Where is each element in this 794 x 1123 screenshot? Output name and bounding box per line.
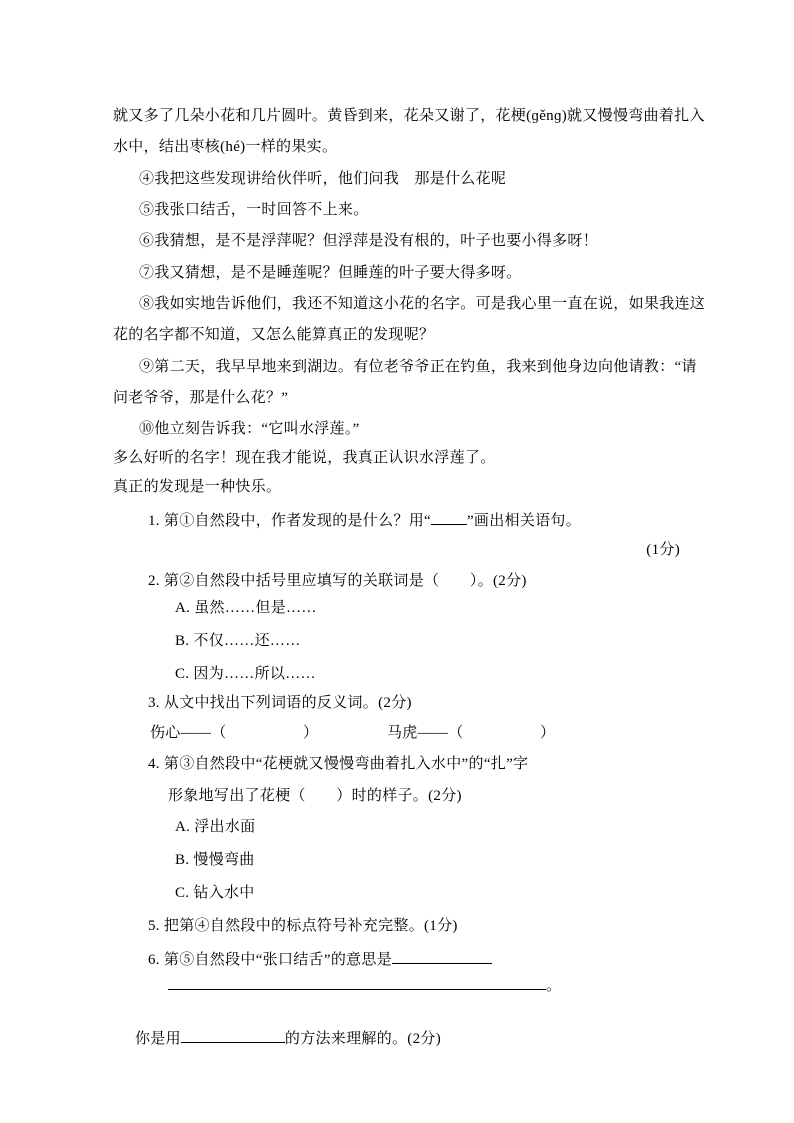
- question-6-line3-text-suffix: 的方法来理解的。(2分): [285, 1031, 441, 1047]
- passage-line-para8: ⑧我如实地告诉他们，我还不知道这小花的名字。可是我心里一直在说，如果我连这: [139, 295, 705, 314]
- question-3: 3. 从文中找出下列词语的反义词。(2分): [148, 694, 412, 713]
- passage-line-para6: ⑥我猜想，是不是浮萍呢？但浮萍是没有根的，叶子也要小得多呀！: [139, 232, 598, 251]
- worksheet-page: 就又多了几朵小花和几片圆叶。黄昏到来，花朵又谢了，花梗(ɡěnɡ)就又慢慢弯曲着…: [0, 0, 794, 1123]
- passage-line: 就又多了几朵小花和几片圆叶。黄昏到来，花朵又谢了，花梗(ɡěnɡ)就又慢慢弯曲着…: [113, 107, 705, 126]
- question-5: 5. 把第④自然段中的标点符号补充完整。(1分): [148, 917, 458, 936]
- passage-line-para9: ⑨第二天，我早早地来到湖边。有位老爷爷正在钓鱼，我来到他身边向他请教：“请: [139, 358, 697, 377]
- question-1: 1. 第①自然段中，作者发现的是什么？用“”画出相关语句。: [148, 510, 581, 531]
- question-4-option-b: B. 慢慢弯曲: [175, 851, 255, 870]
- passage-line: 花的名字都不知道，又怎么能算真正的发现呢？: [113, 326, 434, 345]
- question-1-text-suffix: ”画出相关语句。: [467, 513, 581, 529]
- question-6-line2-period: 。: [546, 978, 561, 994]
- question-4-option-a: A. 浮出水面: [175, 818, 255, 837]
- question-4-option-c: C. 钻入水中: [175, 884, 255, 903]
- question-6-blank-3: [181, 1028, 285, 1043]
- question-2: 2. 第②自然段中括号里应填写的关联词是（ ）。(2分): [148, 572, 527, 591]
- passage-line: 问老爷爷，那是什么花？”: [113, 389, 288, 408]
- question-1-text: 1. 第①自然段中，作者发现的是什么？用“: [148, 513, 431, 529]
- question-3-antonym-right: 马虎——（ ）: [387, 724, 555, 743]
- question-3-antonym-left: 伤心——（ ）: [150, 724, 318, 743]
- passage-line: 真正的发现是一种快乐。: [113, 478, 281, 497]
- passage-line-para4: ④我把这些发现讲给伙伴听，他们问我 那是什么花呢: [139, 170, 506, 189]
- question-2-option-a: A. 虽然……但是……: [175, 599, 317, 618]
- question-4-continued: 形象地写出了花梗（ ）时的样子。(2分): [168, 787, 462, 806]
- question-6-line3-text: 你是用: [135, 1031, 181, 1047]
- question-1-points: (1分): [646, 541, 680, 560]
- question-4: 4. 第③自然段中“花梗就又慢慢弯曲着扎入水中”的“扎”字: [148, 755, 528, 774]
- question-1-blank: [431, 510, 467, 525]
- question-6-blank-1: [392, 949, 492, 964]
- question-6-line3: 你是用的方法来理解的。(2分): [135, 1028, 441, 1049]
- question-6-blank-2: [168, 975, 546, 990]
- question-6-line2: 。: [168, 975, 561, 996]
- passage-line: 多么好听的名字！现在我才能说，我真正认识水浮莲了。: [113, 449, 496, 468]
- passage-line: 水中，结出枣核(hé)一样的果实。: [113, 138, 337, 157]
- question-2-option-b: B. 不仅……还……: [175, 632, 301, 651]
- passage-line-para7: ⑦我又猜想，是不是睡莲呢？但睡莲的叶子要大得多呀。: [139, 264, 522, 283]
- question-6: 6. 第⑤自然段中“张口结舌”的意思是: [148, 949, 492, 970]
- passage-line-para10: ⑩他立刻告诉我：“它叫水浮莲。”: [139, 420, 360, 439]
- passage-line-para5: ⑤我张口结舌，一时回答不上来。: [139, 201, 369, 220]
- question-2-option-c: C. 因为……所以……: [175, 665, 316, 684]
- question-6-text: 6. 第⑤自然段中“张口结舌”的意思是: [148, 952, 392, 968]
